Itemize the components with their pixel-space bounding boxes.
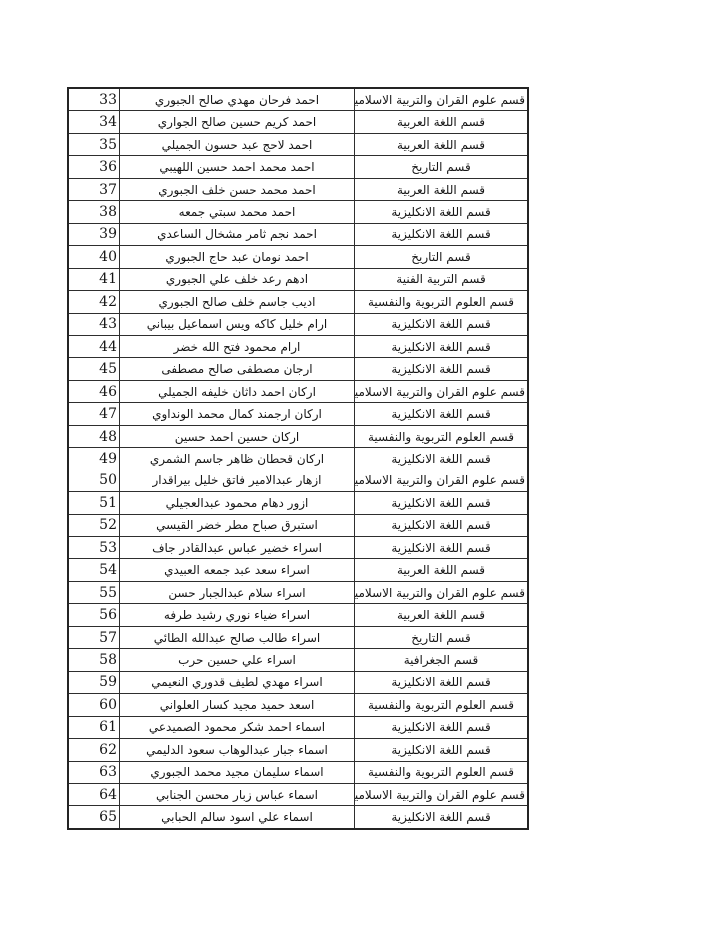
department-cell: قسم اللغة الانكليزية (355, 403, 529, 425)
name-cell: اسراء علي حسين حرب (120, 649, 355, 671)
department-cell: قسم اللغة الانكليزية (355, 336, 529, 358)
row-number-cell: 41 (68, 268, 120, 290)
table-row: 55 اسراء سلام عبدالجبار حسن قسم علوم الق… (68, 581, 528, 603)
name-cell: اركان قحطان ظاهر جاسم الشمري (120, 448, 355, 470)
table-row: 58 اسراء علي حسين حرب قسم الجغرافية (68, 649, 528, 671)
department-cell: قسم اللغة الانكليزية (355, 537, 529, 559)
row-number-cell: 50 (68, 470, 120, 492)
name-cell: اسراء سلام عبدالجبار حسن (120, 581, 355, 603)
name-cell: ارام خليل كاكه ويس اسماعيل بيباني (120, 313, 355, 335)
department-cell: قسم اللغة الانكليزية (355, 739, 529, 761)
table-row: 35 احمد لاحج عبد حسون الجميلي قسم اللغة … (68, 133, 528, 155)
name-cell: اسماء احمد شكر محمود الصميدعي (120, 716, 355, 738)
department-cell: قسم علوم القران والتربية الاسلامية (355, 88, 529, 111)
table-row: 34 احمد كريم حسين صالح الجواري قسم اللغة… (68, 111, 528, 133)
row-number-cell: 60 (68, 694, 120, 716)
row-number-cell: 43 (68, 313, 120, 335)
row-number-cell: 34 (68, 111, 120, 133)
row-number-cell: 55 (68, 581, 120, 603)
staff-roster-table: 33 احمد فرحان مهدي صالح الجبوري قسم علوم… (67, 87, 529, 830)
row-number-cell: 49 (68, 448, 120, 470)
row-number-cell: 45 (68, 358, 120, 380)
table-row: 64 اسماء عباس زبار محسن الجنابي قسم علوم… (68, 783, 528, 805)
name-cell: احمد لاحج عبد حسون الجميلي (120, 133, 355, 155)
name-cell: احمد محمد احمد حسين اللهيبي (120, 156, 355, 178)
department-cell: قسم التربية الفنية (355, 268, 529, 290)
table-row: 43 ارام خليل كاكه ويس اسماعيل بيباني قسم… (68, 313, 528, 335)
row-number-cell: 53 (68, 537, 120, 559)
row-number-cell: 63 (68, 761, 120, 783)
row-number-cell: 51 (68, 492, 120, 514)
table-row: 50 ازهار عبدالامير فاتق خليل بيراقدار قس… (68, 470, 528, 492)
table-row: 33 احمد فرحان مهدي صالح الجبوري قسم علوم… (68, 88, 528, 111)
row-number-cell: 54 (68, 559, 120, 581)
roster-table-body: 33 احمد فرحان مهدي صالح الجبوري قسم علوم… (68, 88, 528, 829)
name-cell: احمد نومان عبد حاج الجبوري (120, 246, 355, 268)
department-cell: قسم اللغة العربية (355, 178, 529, 200)
name-cell: اسراء طالب صالح عبدالله الطائي (120, 626, 355, 648)
table-row: 47 اركان ارجمند كمال محمد الونداوي قسم ا… (68, 403, 528, 425)
department-cell: قسم اللغة الانكليزية (355, 448, 529, 470)
department-cell: قسم اللغة الانكليزية (355, 492, 529, 514)
table-row: 53 اسراء خضير عباس عبدالقادر جاف قسم الل… (68, 537, 528, 559)
department-cell: قسم اللغة الانكليزية (355, 201, 529, 223)
name-cell: اسماء عباس زبار محسن الجنابي (120, 783, 355, 805)
table-row: 40 احمد نومان عبد حاج الجبوري قسم التاري… (68, 246, 528, 268)
row-number-cell: 33 (68, 88, 120, 111)
table-row: 38 احمد محمد سبتي جمعه قسم اللغة الانكلي… (68, 201, 528, 223)
name-cell: اسراء مهدي لطيف قدوري النعيمي (120, 671, 355, 693)
table-row: 65 اسماء علي اسود سالم الحبابي قسم اللغة… (68, 806, 528, 829)
name-cell: ارام محمود فتح الله خضر (120, 336, 355, 358)
name-cell: اسماء علي اسود سالم الحبابي (120, 806, 355, 829)
name-cell: احمد محمد سبتي جمعه (120, 201, 355, 223)
name-cell: احمد فرحان مهدي صالح الجبوري (120, 88, 355, 111)
table-row: 60 اسعد حميد مجيد كسار العلواني قسم العل… (68, 694, 528, 716)
department-cell: قسم اللغة الانكليزية (355, 671, 529, 693)
table-row: 44 ارام محمود فتح الله خضر قسم اللغة الا… (68, 336, 528, 358)
department-cell: قسم العلوم التربوية والنفسية (355, 761, 529, 783)
department-cell: قسم اللغة الانكليزية (355, 716, 529, 738)
name-cell: اركان ارجمند كمال محمد الونداوي (120, 403, 355, 425)
department-cell: قسم العلوم التربوية والنفسية (355, 291, 529, 313)
table-row: 52 استبرق صباح مطر خضر القيسي قسم اللغة … (68, 514, 528, 536)
name-cell: اسماء سليمان مجيد محمد الجبوري (120, 761, 355, 783)
table-row: 54 اسراء سعد عبد جمعه العبيدي قسم اللغة … (68, 559, 528, 581)
department-cell: قسم العلوم التربوية والنفسية (355, 694, 529, 716)
department-cell: قسم اللغة الانكليزية (355, 358, 529, 380)
row-number-cell: 42 (68, 291, 120, 313)
table-row: 57 اسراء طالب صالح عبدالله الطائي قسم ال… (68, 626, 528, 648)
row-number-cell: 37 (68, 178, 120, 200)
name-cell: استبرق صباح مطر خضر القيسي (120, 514, 355, 536)
row-number-cell: 52 (68, 514, 120, 536)
row-number-cell: 61 (68, 716, 120, 738)
name-cell: اديب جاسم خلف صالح الجبوري (120, 291, 355, 313)
row-number-cell: 46 (68, 380, 120, 402)
department-cell: قسم اللغة العربية (355, 133, 529, 155)
row-number-cell: 64 (68, 783, 120, 805)
table-row: 61 اسماء احمد شكر محمود الصميدعي قسم الل… (68, 716, 528, 738)
table-row: 39 احمد نجم ثامر مشخال الساعدي قسم اللغة… (68, 223, 528, 245)
name-cell: اركان احمد داثان خليفه الجميلي (120, 380, 355, 402)
department-cell: قسم اللغة الانكليزية (355, 223, 529, 245)
table-row: 45 ارجان مصطفى صالح مصطفى قسم اللغة الان… (68, 358, 528, 380)
table-row: 56 اسراء ضياء نوري رشيد طرفه قسم اللغة ا… (68, 604, 528, 626)
name-cell: اسعد حميد مجيد كسار العلواني (120, 694, 355, 716)
name-cell: احمد نجم ثامر مشخال الساعدي (120, 223, 355, 245)
department-cell: قسم اللغة الانكليزية (355, 313, 529, 335)
row-number-cell: 35 (68, 133, 120, 155)
department-cell: قسم اللغة العربية (355, 559, 529, 581)
row-number-cell: 59 (68, 671, 120, 693)
row-number-cell: 44 (68, 336, 120, 358)
department-cell: قسم اللغة العربية (355, 604, 529, 626)
department-cell: قسم التاريخ (355, 156, 529, 178)
name-cell: اسماء جبار عبدالوهاب سعود الدليمي (120, 739, 355, 761)
row-number-cell: 65 (68, 806, 120, 829)
name-cell: ازور دهام محمود عبدالعجيلي (120, 492, 355, 514)
name-cell: ازهار عبدالامير فاتق خليل بيراقدار (120, 470, 355, 492)
department-cell: قسم اللغة الانكليزية (355, 806, 529, 829)
row-number-cell: 56 (68, 604, 120, 626)
department-cell: قسم العلوم التربوية والنفسية (355, 425, 529, 447)
name-cell: ادهم رعد خلف علي الجبوري (120, 268, 355, 290)
name-cell: اركان حسين احمد حسين (120, 425, 355, 447)
row-number-cell: 47 (68, 403, 120, 425)
table-row: 49 اركان قحطان ظاهر جاسم الشمري قسم اللغ… (68, 448, 528, 470)
department-cell: قسم التاريخ (355, 626, 529, 648)
table-row: 42 اديب جاسم خلف صالح الجبوري قسم العلوم… (68, 291, 528, 313)
table-row: 46 اركان احمد داثان خليفه الجميلي قسم عل… (68, 380, 528, 402)
row-number-cell: 58 (68, 649, 120, 671)
department-cell: قسم علوم القران والتربية الاسلامية (355, 380, 529, 402)
table-row: 37 احمد محمد حسن خلف الجبوري قسم اللغة ا… (68, 178, 528, 200)
name-cell: اسراء خضير عباس عبدالقادر جاف (120, 537, 355, 559)
name-cell: احمد كريم حسين صالح الجواري (120, 111, 355, 133)
name-cell: اسراء ضياء نوري رشيد طرفه (120, 604, 355, 626)
scanned-document-page: 33 احمد فرحان مهدي صالح الجبوري قسم علوم… (0, 0, 720, 932)
department-cell: قسم اللغة العربية (355, 111, 529, 133)
table-row: 63 اسماء سليمان مجيد محمد الجبوري قسم ال… (68, 761, 528, 783)
department-cell: قسم الجغرافية (355, 649, 529, 671)
row-number-cell: 40 (68, 246, 120, 268)
department-cell: قسم علوم القران والتربية الاسلامية (355, 470, 529, 492)
row-number-cell: 38 (68, 201, 120, 223)
table-row: 41 ادهم رعد خلف علي الجبوري قسم التربية … (68, 268, 528, 290)
department-cell: قسم اللغة الانكليزية (355, 514, 529, 536)
row-number-cell: 39 (68, 223, 120, 245)
row-number-cell: 48 (68, 425, 120, 447)
table-row: 48 اركان حسين احمد حسين قسم العلوم الترب… (68, 425, 528, 447)
table-row: 62 اسماء جبار عبدالوهاب سعود الدليمي قسم… (68, 739, 528, 761)
department-cell: قسم علوم القران والتربية الاسلامية (355, 581, 529, 603)
department-cell: قسم علوم القران والتربية الاسلامية (355, 783, 529, 805)
table-row: 36 احمد محمد احمد حسين اللهيبي قسم التار… (68, 156, 528, 178)
name-cell: احمد محمد حسن خلف الجبوري (120, 178, 355, 200)
row-number-cell: 57 (68, 626, 120, 648)
department-cell: قسم التاريخ (355, 246, 529, 268)
row-number-cell: 36 (68, 156, 120, 178)
row-number-cell: 62 (68, 739, 120, 761)
name-cell: ارجان مصطفى صالح مصطفى (120, 358, 355, 380)
table-row: 51 ازور دهام محمود عبدالعجيلي قسم اللغة … (68, 492, 528, 514)
table-row: 59 اسراء مهدي لطيف قدوري النعيمي قسم الل… (68, 671, 528, 693)
name-cell: اسراء سعد عبد جمعه العبيدي (120, 559, 355, 581)
